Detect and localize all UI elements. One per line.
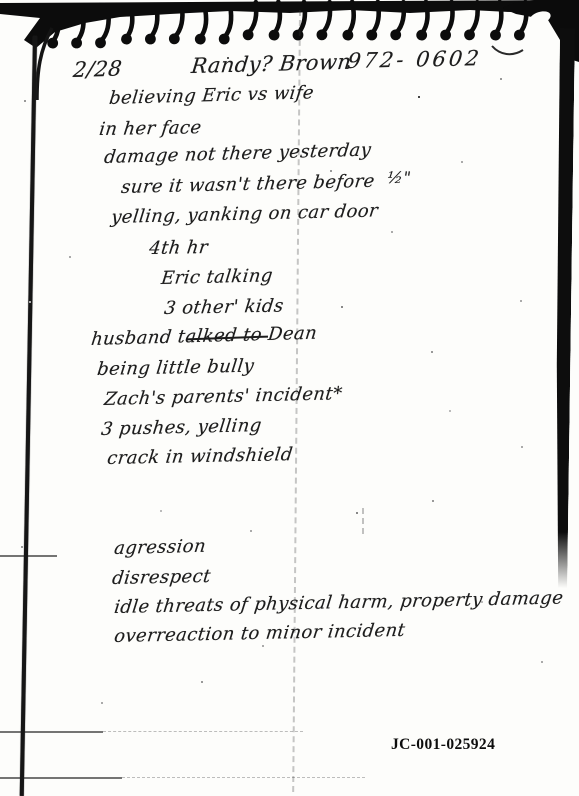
page-left-edge-line: [20, 36, 37, 796]
note-line: agression: [113, 536, 207, 559]
note-line: disrespect: [111, 566, 212, 589]
punch-hole-line-3: [0, 777, 122, 779]
bates-number: JC-001-025924: [391, 736, 495, 754]
punch-hole-line-2: [0, 731, 103, 733]
scan-noise-specks: [0, 0, 2, 2]
note-line: Zach's parents' incident*: [103, 383, 344, 410]
note-phone: 972- 0602: [346, 46, 483, 73]
punch-hole-line-1: [0, 555, 57, 557]
note-line: crack in windshield: [106, 444, 294, 469]
punch-hole-line-2-dashes: [103, 731, 303, 732]
note-line: sure it wasn't there before: [120, 171, 376, 198]
note-line: 3 pushes, yelling: [100, 415, 263, 440]
scanned-notebook-page: 2/28 Randy? Brown 972- 0602 believing Er…: [0, 0, 579, 796]
note-line: 3 other' kids: [163, 295, 285, 319]
note-line: husband talked to Dean: [90, 323, 318, 350]
note-name: Randy? Brown: [190, 50, 353, 78]
note-line: Eric talking: [160, 265, 274, 289]
note-line: being little bully: [96, 356, 255, 380]
note-line: 4th hr: [148, 237, 209, 259]
note-line: yelling, yanking on car door: [110, 200, 379, 228]
punch-hole-line-3-dashes: [122, 777, 365, 778]
notebook-top-band: [0, 0, 579, 48]
vertical-fold-tick: [362, 508, 364, 534]
note-line: idle threats of physical harm, property …: [113, 588, 565, 618]
note-line: overreaction to minor incident: [113, 620, 406, 647]
top-right-curl: [492, 46, 523, 54]
measurement-annotation: ½": [386, 168, 412, 187]
note-line: in her face: [98, 117, 203, 140]
note-date: 2/28: [72, 56, 123, 82]
note-line: damage not there yesterday: [103, 139, 372, 168]
